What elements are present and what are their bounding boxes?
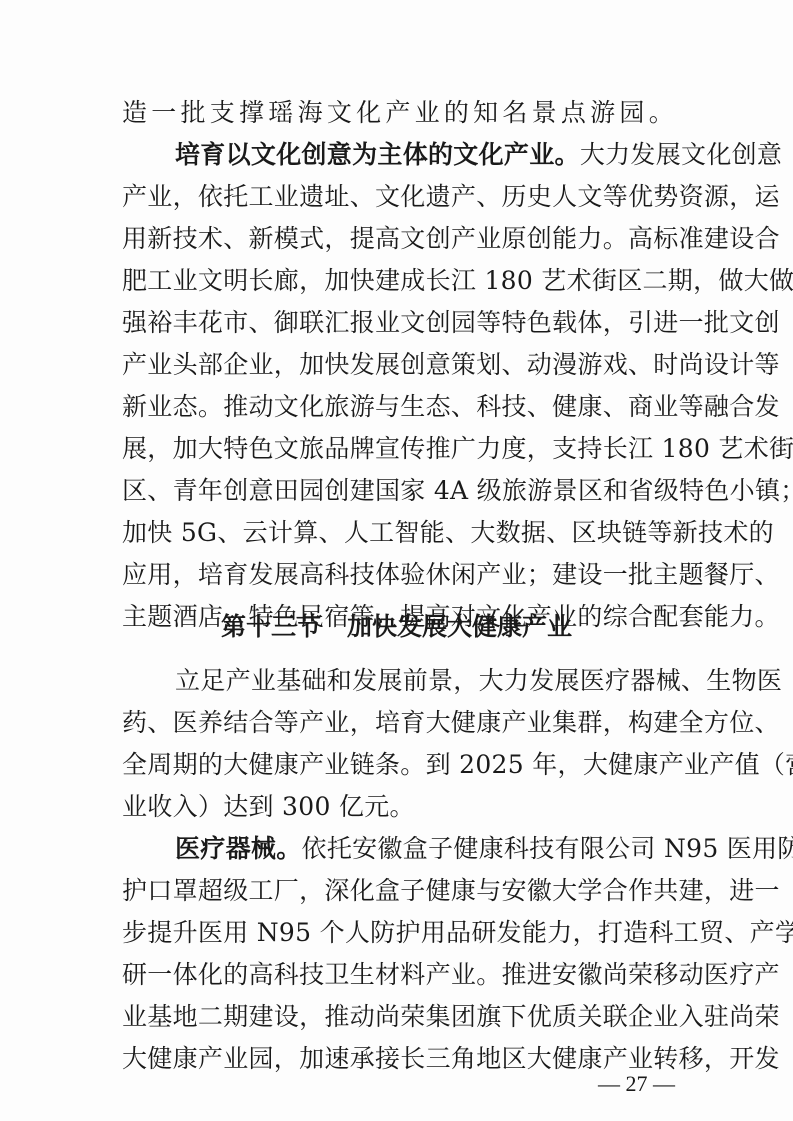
paragraph-line: 业收入）达到 300 亿元。 <box>122 786 674 828</box>
paragraph-line: 产业头部企业，加快发展创意策划、动漫游戏、时尚设计等 <box>122 344 674 386</box>
paragraph-line: 用新技术、新模式，提高文创产业原创能力。高标准建设合 <box>122 218 674 260</box>
paragraph-line: 大健康产业园，加速承接长三角地区大健康产业转移，开发 <box>122 1038 674 1080</box>
section-title: 加快发展大健康产业 <box>347 612 572 641</box>
paragraph-line: 研一体化的高科技卫生材料产业。推进安徽尚荣移动医疗产 <box>122 954 674 996</box>
paragraph-line: 强裕丰花市、御联汇报业文创园等特色载体，引进一批文创 <box>122 302 674 344</box>
paragraph-line: 造一批支撑瑶海文化产业的知名景点游园。 <box>122 92 674 134</box>
page-number: — 27 — <box>598 1069 675 1099</box>
paragraph-line: 应用，培育发展高科技体验休闲产业；建设一批主题餐厅、 <box>122 554 674 596</box>
paragraph-lead-bold: 培育以文化创意为主体的文化产业。 <box>175 140 580 169</box>
paragraph-line: 培育以文化创意为主体的文化产业。大力发展文化创意 <box>175 134 674 176</box>
paragraph-line: 医疗器械。依托安徽盒子健康科技有限公司 N95 医用防 <box>175 828 674 870</box>
paragraph-line: 立足产业基础和发展前景，大力发展医疗器械、生物医 <box>175 660 674 702</box>
paragraph-line: 肥工业文明长廊，加快建成长江 180 艺术街区二期，做大做 <box>122 260 674 302</box>
paragraph-line: 药、医养结合等产业，培育大健康产业集群，构建全方位、 <box>122 702 674 744</box>
paragraph-line: 全周期的大健康产业链条。到 2025 年，大健康产业产值（营 <box>122 744 674 786</box>
paragraph-line: 护口罩超级工厂，深化盒子健康与安徽大学合作共建，进一 <box>122 870 674 912</box>
paragraph-line: 业基地二期建设，推动尚荣集团旗下优质关联企业入驻尚荣 <box>122 996 674 1038</box>
section-number: 第十三节 <box>221 612 321 641</box>
paragraph-lead-bold: 医疗器械。 <box>175 834 302 863</box>
paragraph-line: 步提升医用 N95 个人防护用品研发能力，打造科工贸、产学 <box>122 912 674 954</box>
paragraph-line: 产业，依托工业遗址、文化遗产、历史人文等优势资源，运 <box>122 176 674 218</box>
paragraph-line: 区、青年创意田园创建国家 4A 级旅游景区和省级特色小镇； <box>122 470 674 512</box>
paragraph-line: 新业态。推动文化旅游与生态、科技、健康、商业等融合发 <box>122 386 674 428</box>
document-page: 造一批支撑瑶海文化产业的知名景点游园。 培育以文化创意为主体的文化产业。大力发展… <box>0 0 793 1121</box>
paragraph-line: 展，加大特色文旅品牌宣传推广力度，支持长江 180 艺术街 <box>122 428 674 470</box>
paragraph-line: 加快 5G、云计算、人工智能、大数据、区块链等新技术的 <box>122 512 674 554</box>
section-heading: 第十三节加快发展大健康产业 <box>0 606 793 648</box>
